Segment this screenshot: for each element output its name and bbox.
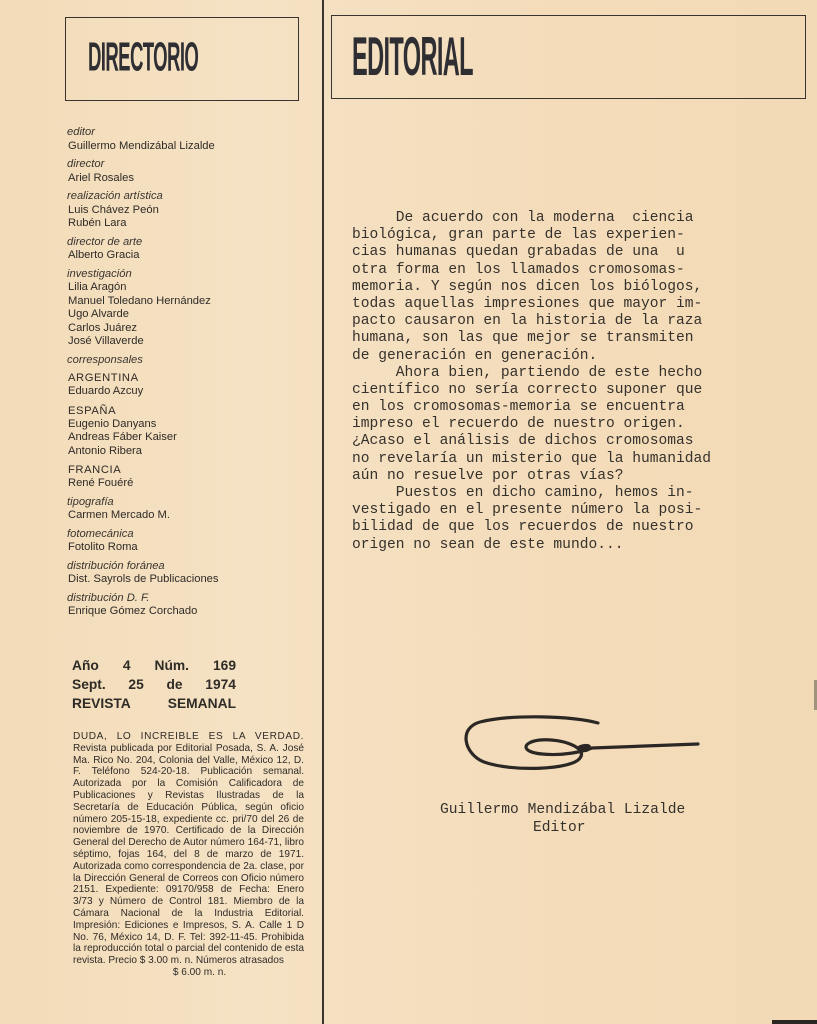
staff-name: Enrique Gómez Corchado <box>67 605 307 619</box>
staff-name: René Fouéré <box>67 477 307 491</box>
editorial-line: vestigado en el presente número la posi- <box>352 502 784 519</box>
directory-heading: DIRECTORIO <box>88 38 198 79</box>
staff-name: Dist. Sayrols de Publicaciones <box>67 573 307 587</box>
staff-name: Luis Chávez Peón <box>67 204 307 218</box>
staff-role: distribución foránea <box>67 560 307 574</box>
staff-name: Alberto Gracia <box>67 249 307 263</box>
frequency-word-2: SEMANAL <box>168 694 236 713</box>
directory-section: director de arteAlberto Gracia <box>67 236 307 263</box>
staff-name: Andreas Fáber Kaiser <box>67 431 307 445</box>
editorial-line: aún no resuelve por otras vías? <box>352 468 784 485</box>
frequency-word-1: REVISTA <box>72 694 131 713</box>
correspondent-country: FRANCIA <box>67 463 307 477</box>
staff-name: Carlos Juárez <box>67 322 307 336</box>
editorial-line: cias humanas quedan grabadas de una u <box>352 244 784 261</box>
directory-section: directorAriel Rosales <box>67 158 307 185</box>
issue-number-row: Año 4 Núm. 169 <box>72 656 236 675</box>
issue-date-de: de <box>166 675 182 694</box>
legal-title: DUDA, LO INCREIBLE ES LA VERDAD. <box>73 731 304 743</box>
correspondent-country: ARGENTINA <box>67 371 307 385</box>
signer-name: Guillermo Mendizábal Lizalde <box>440 802 685 819</box>
issue-number-value: 169 <box>213 656 236 675</box>
editorial-line: impreso el recuerdo de nuestro origen. <box>352 416 784 433</box>
issue-month: Sept. <box>72 675 106 694</box>
directory-section: fotomecánicaFotolito Roma <box>67 528 307 555</box>
issue-date-row: Sept. 25 de 1974 <box>72 675 236 694</box>
editorial-line: no revelaría un misterio que la humanida… <box>352 451 784 468</box>
directory-section: distribución foráneaDist. Sayrols de Pub… <box>67 560 307 587</box>
staff-role: editor <box>67 126 307 140</box>
correspondents-label: corresponsales <box>67 354 307 368</box>
page-corner-shadow <box>772 1020 817 1024</box>
staff-role: fotomecánica <box>67 528 307 542</box>
legal-body: Revista publicada por Editorial Posada, … <box>73 743 304 967</box>
editorial-body: De acuerdo con la moderna cienciabiológi… <box>352 210 784 554</box>
directory-section: editorGuillermo Mendizábal Lizalde <box>67 126 307 153</box>
editorial-line: bilidad de que los recuerdos de nuestro <box>352 519 784 536</box>
editorial-line: en los cromosomas-memoria se encuentra <box>352 399 784 416</box>
directory-section: distribución D. F.Enrique Gómez Corchado <box>67 592 307 619</box>
staff-name: Eduardo Azcuy <box>67 385 307 399</box>
editorial-line: ¿Acaso el análisis de dichos cromosomas <box>352 433 784 450</box>
staff-role: director de arte <box>67 236 307 250</box>
issue-frequency-row: REVISTA SEMANAL <box>72 694 236 713</box>
issue-year: 1974 <box>205 675 236 694</box>
directory-header-box: DIRECTORIO <box>65 17 299 101</box>
staff-role: realización artística <box>67 190 307 204</box>
editorial-line: otra forma en los llamados cromosomas- <box>352 262 784 279</box>
issue-day: 25 <box>128 675 143 694</box>
editorial-line: Ahora bien, partiendo de este hecho <box>352 365 784 382</box>
issue-number-label: Núm. <box>154 656 189 675</box>
staff-role: investigación <box>67 268 307 282</box>
staff-name: José Villaverde <box>67 335 307 349</box>
staff-name: Ugo Alvarde <box>67 308 307 322</box>
staff-role: director <box>67 158 307 172</box>
editorial-line: Puestos en dicho camino, hemos in- <box>352 485 784 502</box>
staff-name: Guillermo Mendizábal Lizalde <box>67 140 307 154</box>
staff-name: Rubén Lara <box>67 217 307 231</box>
editorial-header-box: EDITORIAL <box>331 15 806 99</box>
directory-section: realización artísticaLuis Chávez PeónRub… <box>67 190 307 231</box>
staff-name: Carmen Mercado M. <box>67 509 307 523</box>
signer-title: Editor <box>533 820 586 837</box>
handwritten-signature-icon <box>462 712 702 774</box>
legal-notice: DUDA, LO INCREIBLE ES LA VERDAD. Revista… <box>73 731 304 979</box>
directory-section: tipografíaCarmen Mercado M. <box>67 496 307 523</box>
editorial-line: de generación en generación. <box>352 348 784 365</box>
editorial-line: memoria. Y según nos dicen los biólogos, <box>352 279 784 296</box>
back-issue-price: $ 6.00 m. n. <box>73 967 304 979</box>
editorial-line: De acuerdo con la moderna ciencia <box>352 210 784 227</box>
issue-year-value: 4 <box>123 656 131 675</box>
staff-name: Lilia Aragón <box>67 281 307 295</box>
directory-section: ESPAÑAEugenio DanyansAndreas Fáber Kaise… <box>67 404 307 459</box>
editorial-line: científico no sería correcto suponer que <box>352 382 784 399</box>
staff-name: Manuel Toledano Hernández <box>67 295 307 309</box>
editorial-line: pacto causaron en la historia de la raza <box>352 313 784 330</box>
staff-role: distribución D. F. <box>67 592 307 606</box>
staff-name: Eugenio Danyans <box>67 418 307 432</box>
directory-section: FRANCIARené Fouéré <box>67 463 307 491</box>
editorial-line: origen no sean de este mundo... <box>352 537 784 554</box>
editorial-heading: EDITORIAL <box>352 30 473 85</box>
staff-directory: editorGuillermo Mendizábal Lizaldedirect… <box>67 126 307 624</box>
staff-name: Ariel Rosales <box>67 172 307 186</box>
staff-name: Fotolito Roma <box>67 541 307 555</box>
editorial-line: todas aquellas impresiones que mayor im- <box>352 296 784 313</box>
editorial-line: humana, son las que mejor se transmiten <box>352 330 784 347</box>
issue-info: Año 4 Núm. 169 Sept. 25 de 1974 REVISTA … <box>72 656 236 713</box>
staff-name: Antonio Ribera <box>67 445 307 459</box>
directory-section: ARGENTINAEduardo Azcuy <box>67 371 307 399</box>
column-divider <box>322 0 324 1024</box>
correspondent-country: ESPAÑA <box>67 404 307 418</box>
staff-role: tipografía <box>67 496 307 510</box>
editorial-line: biológica, gran parte de las experien- <box>352 227 784 244</box>
directory-section: investigaciónLilia AragónManuel Toledano… <box>67 268 307 349</box>
issue-year-label: Año <box>72 656 99 675</box>
